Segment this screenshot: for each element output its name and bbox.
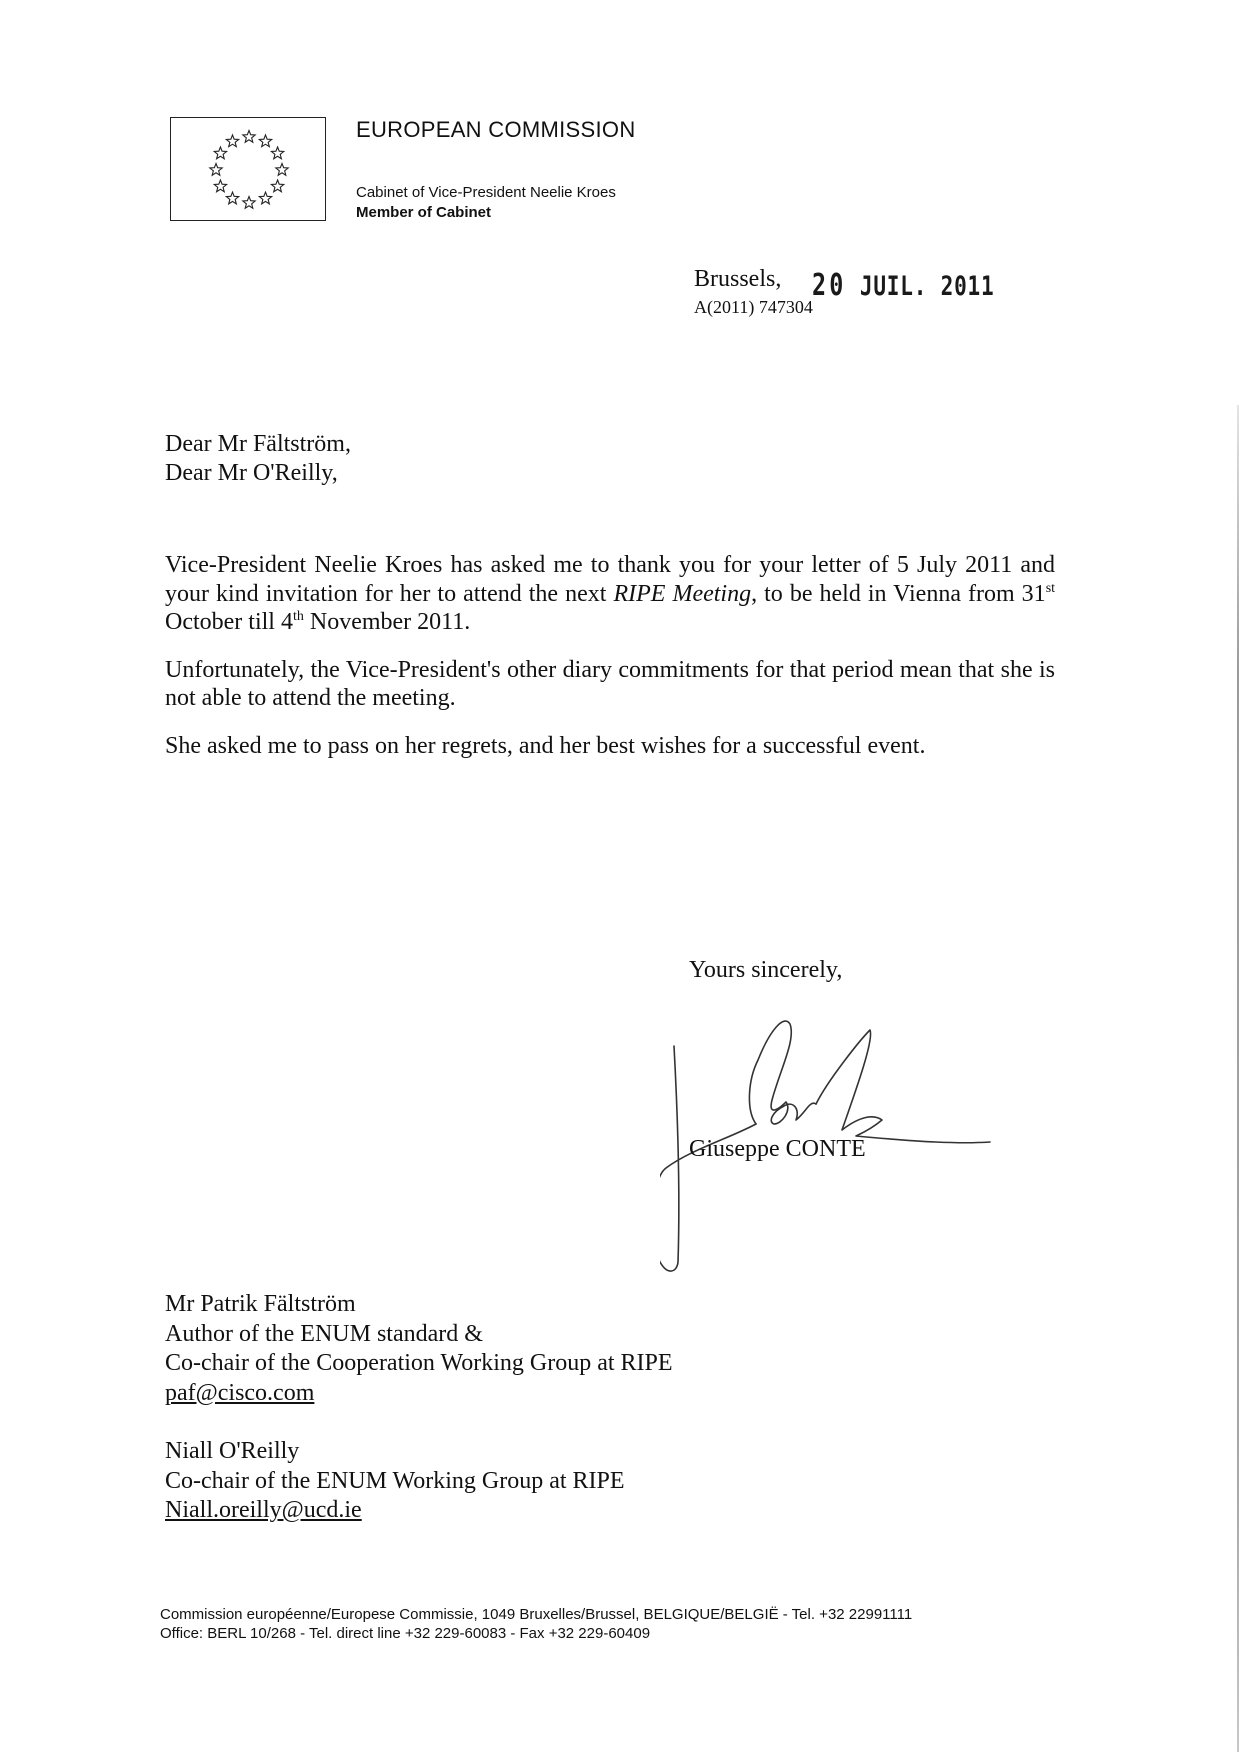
letter-body: Vice-President Neelie Kroes has asked me… [165, 551, 1055, 779]
eu-flag-logo [170, 117, 326, 221]
addressee-email-link[interactable]: Niall.oreilly@ucd.ie [165, 1497, 362, 1523]
paragraph-text: November 2011. [304, 609, 470, 635]
date-stamp-day: 20 [812, 268, 846, 303]
addressee-name: Niall O'Reilly [165, 1437, 625, 1467]
footer-line: Office: BERL 10/268 - Tel. direct line +… [160, 1624, 912, 1643]
paragraph-text: , to be held in Vienna from 31 [751, 581, 1046, 607]
cabinet-role: Member of Cabinet [356, 203, 616, 223]
footer-address: Commission européenne/Europese Commissie… [160, 1605, 912, 1643]
paragraph-3: She asked me to pass on her regrets, and… [165, 732, 1055, 761]
salutation: Dear Mr Fältström, Dear Mr O'Reilly, [165, 430, 351, 488]
salutation-line: Dear Mr Fältström, [165, 430, 351, 459]
signer-name: Giuseppe CONTE [689, 1136, 866, 1163]
addressee-title: Co-chair of the Cooperation Working Grou… [165, 1349, 673, 1379]
addressee-name: Mr Patrik Fältström [165, 1290, 673, 1320]
closing: Yours sincerely, [689, 957, 842, 984]
addressee-title: Co-chair of the ENUM Working Group at RI… [165, 1467, 625, 1497]
paragraph-1: Vice-President Neelie Kroes has asked me… [165, 551, 1055, 637]
salutation-line: Dear Mr O'Reilly, [165, 459, 351, 488]
ordinal-suffix: st [1046, 581, 1055, 596]
addressee-block: Niall O'Reilly Co-chair of the ENUM Work… [165, 1437, 625, 1526]
paragraph-text: October till 4 [165, 609, 293, 635]
date-stamp: 20 JUIL. 2011 [812, 268, 994, 303]
addressee-title: Author of the ENUM standard & [165, 1320, 673, 1350]
place: Brussels, [694, 266, 781, 293]
addressee-email-link[interactable]: paf@cisco.com [165, 1380, 314, 1406]
event-name: RIPE Meeting [613, 581, 751, 607]
cabinet-name: Cabinet of Vice-President Neelie Kroes [356, 183, 616, 203]
cabinet-info: Cabinet of Vice-President Neelie Kroes M… [356, 183, 616, 223]
organization-name: EUROPEAN COMMISSION [356, 117, 636, 143]
date-stamp-month-year: JUIL. 2011 [860, 271, 995, 302]
footer-line: Commission européenne/Europese Commissie… [160, 1605, 912, 1624]
ordinal-suffix: th [293, 609, 304, 624]
eu-flag-stars-icon [171, 118, 327, 222]
reference-number: A(2011) 747304 [694, 297, 813, 318]
addressee-block: Mr Patrik Fältström Author of the ENUM s… [165, 1290, 673, 1408]
paragraph-2: Unfortunately, the Vice-President's othe… [165, 656, 1055, 713]
